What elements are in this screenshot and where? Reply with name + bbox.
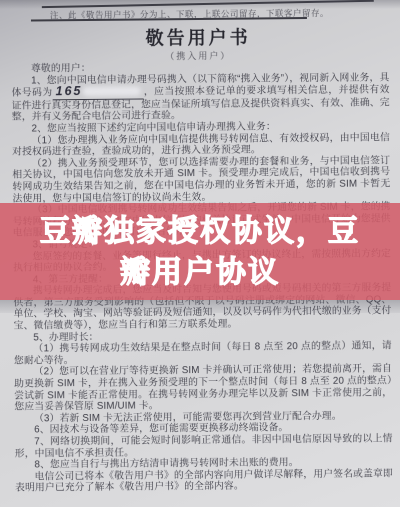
clause-paragraph: （2）携入业务预受理环节，您可以选择需要办理的套餐和业务，与中国电信签订相关协议… — [12, 155, 390, 205]
clause-paragraph: （2）您可以在营业厅等待更换新 SIM 卡并确认可正常使用；若您提前离开，需自助… — [14, 364, 392, 414]
redaction-blur — [82, 87, 140, 97]
banner-title-line-1: 豆瓣独家授权协议，豆 — [40, 211, 360, 252]
document-photo: 注、此《敬告用户书》分为上、下联，上联公司留存，下联客户留存。 敬告用户书 （携… — [0, 0, 400, 507]
watermark-banner: 豆瓣独家授权协议，豆 瓣用户协议 — [0, 203, 400, 300]
clause-1: 1、您向中国电信申请办理号码携入（以下简称“携入业务”），视同新入网业务，具体号… — [11, 72, 389, 124]
photo-fold-shadow — [0, 300, 400, 313]
photo-top-shadow — [0, 0, 400, 9]
handwritten-phone-number: 165 — [56, 84, 83, 98]
clause-paragraph: 电信公司已将本《敬告用户书》的全部内容向用户做详尽解释，用户签名或盖章即表明用户… — [15, 468, 393, 494]
clause-paragraph: （1）您办理携入业务应向中国电信提供携号转网信息、有效授权码，由中国电信对授权码… — [12, 132, 390, 158]
phone-number-field: 165 — [53, 86, 144, 100]
clause-paragraph: 7、网络切换期间，可能会短时间影响正常通信。非因中国电信原因导致的以上情形，中国… — [15, 433, 393, 459]
banner-title-line-2: 瓣用户协议 — [120, 252, 280, 293]
